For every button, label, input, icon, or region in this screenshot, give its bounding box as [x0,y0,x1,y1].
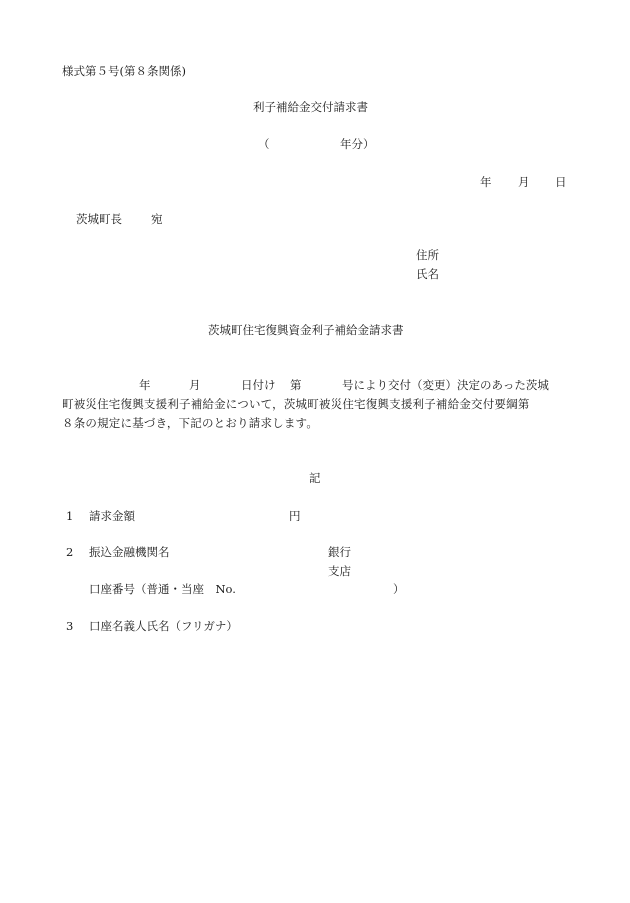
form-number: 様式第５号(第８条関係) [62,66,186,78]
branch-suffix: 支店 [328,566,351,578]
body-dai-label: 第 [290,380,302,392]
applicant-address-label: 住所 [416,250,439,262]
bank-suffix: 銀行 [328,547,351,559]
item-number: 3 [66,621,73,633]
body-year-label: 年 [139,380,151,392]
item-number: 1 [66,511,73,523]
year-period-suffix: 年分） [340,139,375,151]
item-label: 口座名義人氏名（フリガナ） [89,621,238,633]
date-month-label: 月 [518,177,530,189]
account-number-label: 口座番号（普通・当座 No. [89,584,236,596]
body-dated-label: 日付け [241,380,276,392]
item-number: 2 [66,547,73,559]
item-label: 振込金融機関名 [89,547,170,559]
date-year-label: 年 [480,177,492,189]
document-title: 利子補給金交付請求書 [253,102,368,114]
body-line3: ８条の規定に基づき，下記のとおり請求します。 [62,418,318,430]
year-period-open-paren: （ [258,139,270,151]
applicant-name-label: 氏名 [416,269,439,281]
body-month-label: 月 [189,380,201,392]
account-close-paren: ） [393,584,405,596]
item-label: 請求金額 [89,511,135,523]
date-day-label: 日 [555,177,567,189]
body-line1-rest: 号により交付（変更）決定のあった茨城 [342,380,549,392]
addressee-name: 茨城町長 [76,214,122,226]
amount-unit: 円 [289,511,301,523]
document-subtitle: 茨城町住宅復興資金利子補給金請求書 [208,325,404,337]
body-line2: 町被災住宅復興支援利子補給金について，茨城町被災住宅復興支援利子補給金交付要綱第 [62,399,530,411]
addressee-honorific: 宛 [151,214,163,226]
ki-heading: 記 [309,473,321,485]
